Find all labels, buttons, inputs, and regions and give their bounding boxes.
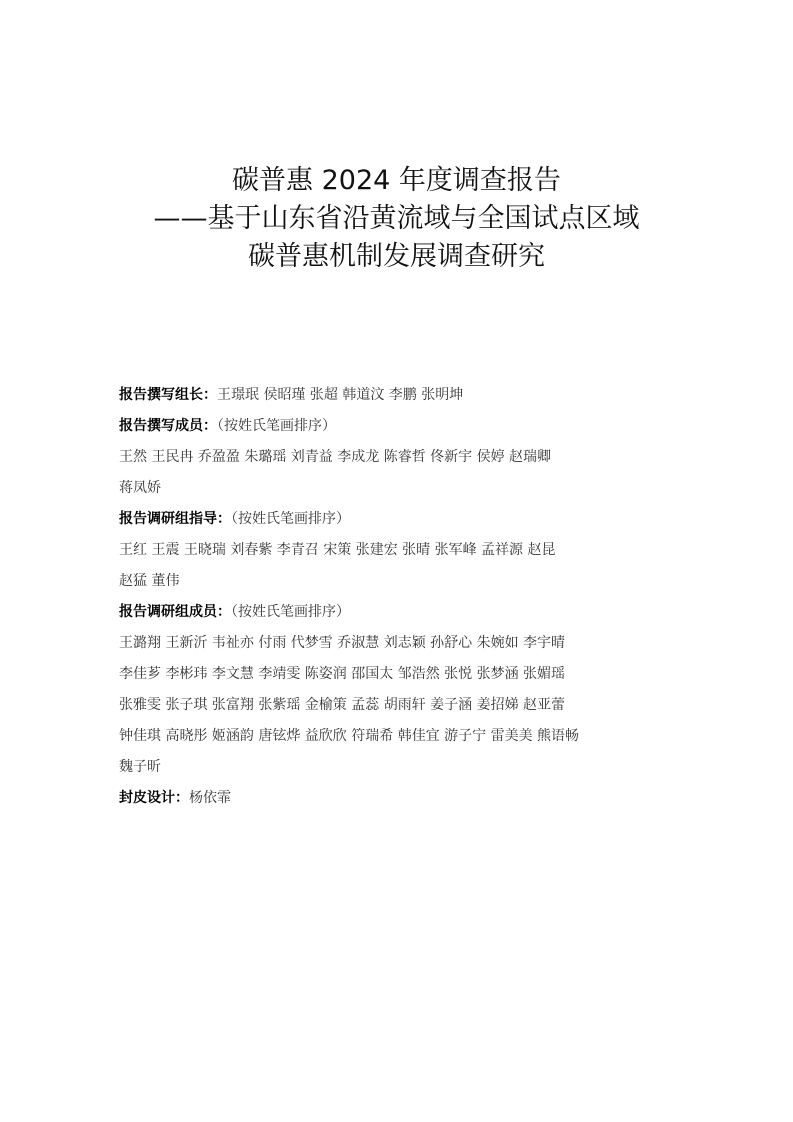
cover-design-row: 封皮设计：杨依霏 [119, 783, 679, 814]
writing-members-note: （按姓氏笔画排序） [217, 418, 336, 434]
cover-design-label: 封皮设计： [119, 790, 189, 806]
writing-members-line: 王然 王民冉 乔盈盈 朱璐瑶 刘青益 李成龙 陈睿哲 佟新宇 侯婷 赵瑞卿 [119, 442, 679, 473]
research-members-line: 李佳芗 李彬玮 李文慧 李靖雯 陈姿润 邵国太 邹浩然 张悦 张梦涵 张媚瑶 [119, 659, 679, 690]
writing-leaders-label: 报告撰写组长： [119, 387, 217, 403]
writing-members-line: 蒋凤娇 [119, 473, 679, 504]
writing-leaders-names: 王璟珉 侯昭瑾 张超 韩道汶 李鹏 张明坤 [217, 387, 463, 403]
cover-design-names: 杨依霏 [189, 790, 231, 806]
research-advisors-note: （按姓氏笔画排序） [231, 511, 350, 527]
report-title: 碳普惠 2024 年度调查报告 ——基于山东省沿黄流域与全国试点区域 碳普惠机制… [0, 162, 793, 276]
research-members-line: 魏子昕 [119, 752, 679, 783]
writing-leaders-row: 报告撰写组长：王璟珉 侯昭瑾 张超 韩道汶 李鹏 张明坤 [119, 380, 679, 411]
writing-members-label: 报告撰写成员： [119, 418, 217, 434]
title-line-2: ——基于山东省沿黄流域与全国试点区域 [0, 200, 793, 238]
writing-members-header: 报告撰写成员：（按姓氏笔画排序） [119, 411, 679, 442]
research-advisors-label: 报告调研组指导： [119, 511, 231, 527]
title-line-3: 碳普惠机制发展调查研究 [0, 238, 793, 276]
credits-section: 报告撰写组长：王璟珉 侯昭瑾 张超 韩道汶 李鹏 张明坤 报告撰写成员：（按姓氏… [119, 380, 679, 814]
title-line-1: 碳普惠 2024 年度调查报告 [0, 162, 793, 200]
research-members-note: （按姓氏笔画排序） [231, 604, 350, 620]
research-members-line: 张雅雯 张子琪 张富翔 张紫瑶 金榆策 孟蕊 胡雨轩 姜子涵 姜招娣 赵亚蕾 [119, 690, 679, 721]
research-advisors-line: 王红 王震 王晓瑞 刘春紫 李青召 宋策 张建宏 张晴 张军峰 孟祥源 赵昆 [119, 535, 679, 566]
research-members-line: 钟佳琪 高晓彤 姬涵韵 唐铉烨 益欣欣 符瑞希 韩佳宜 游子宁 雷美美 熊语畅 [119, 721, 679, 752]
research-members-label: 报告调研组成员： [119, 604, 231, 620]
research-advisors-line: 赵猛 董伟 [119, 566, 679, 597]
research-advisors-header: 报告调研组指导：（按姓氏笔画排序） [119, 504, 679, 535]
research-members-header: 报告调研组成员：（按姓氏笔画排序） [119, 597, 679, 628]
research-members-line: 王潞翔 王新沂 韦祉亦 付雨 代梦雪 乔淑慧 刘志颖 孙舒心 朱婉如 李宇晴 [119, 628, 679, 659]
